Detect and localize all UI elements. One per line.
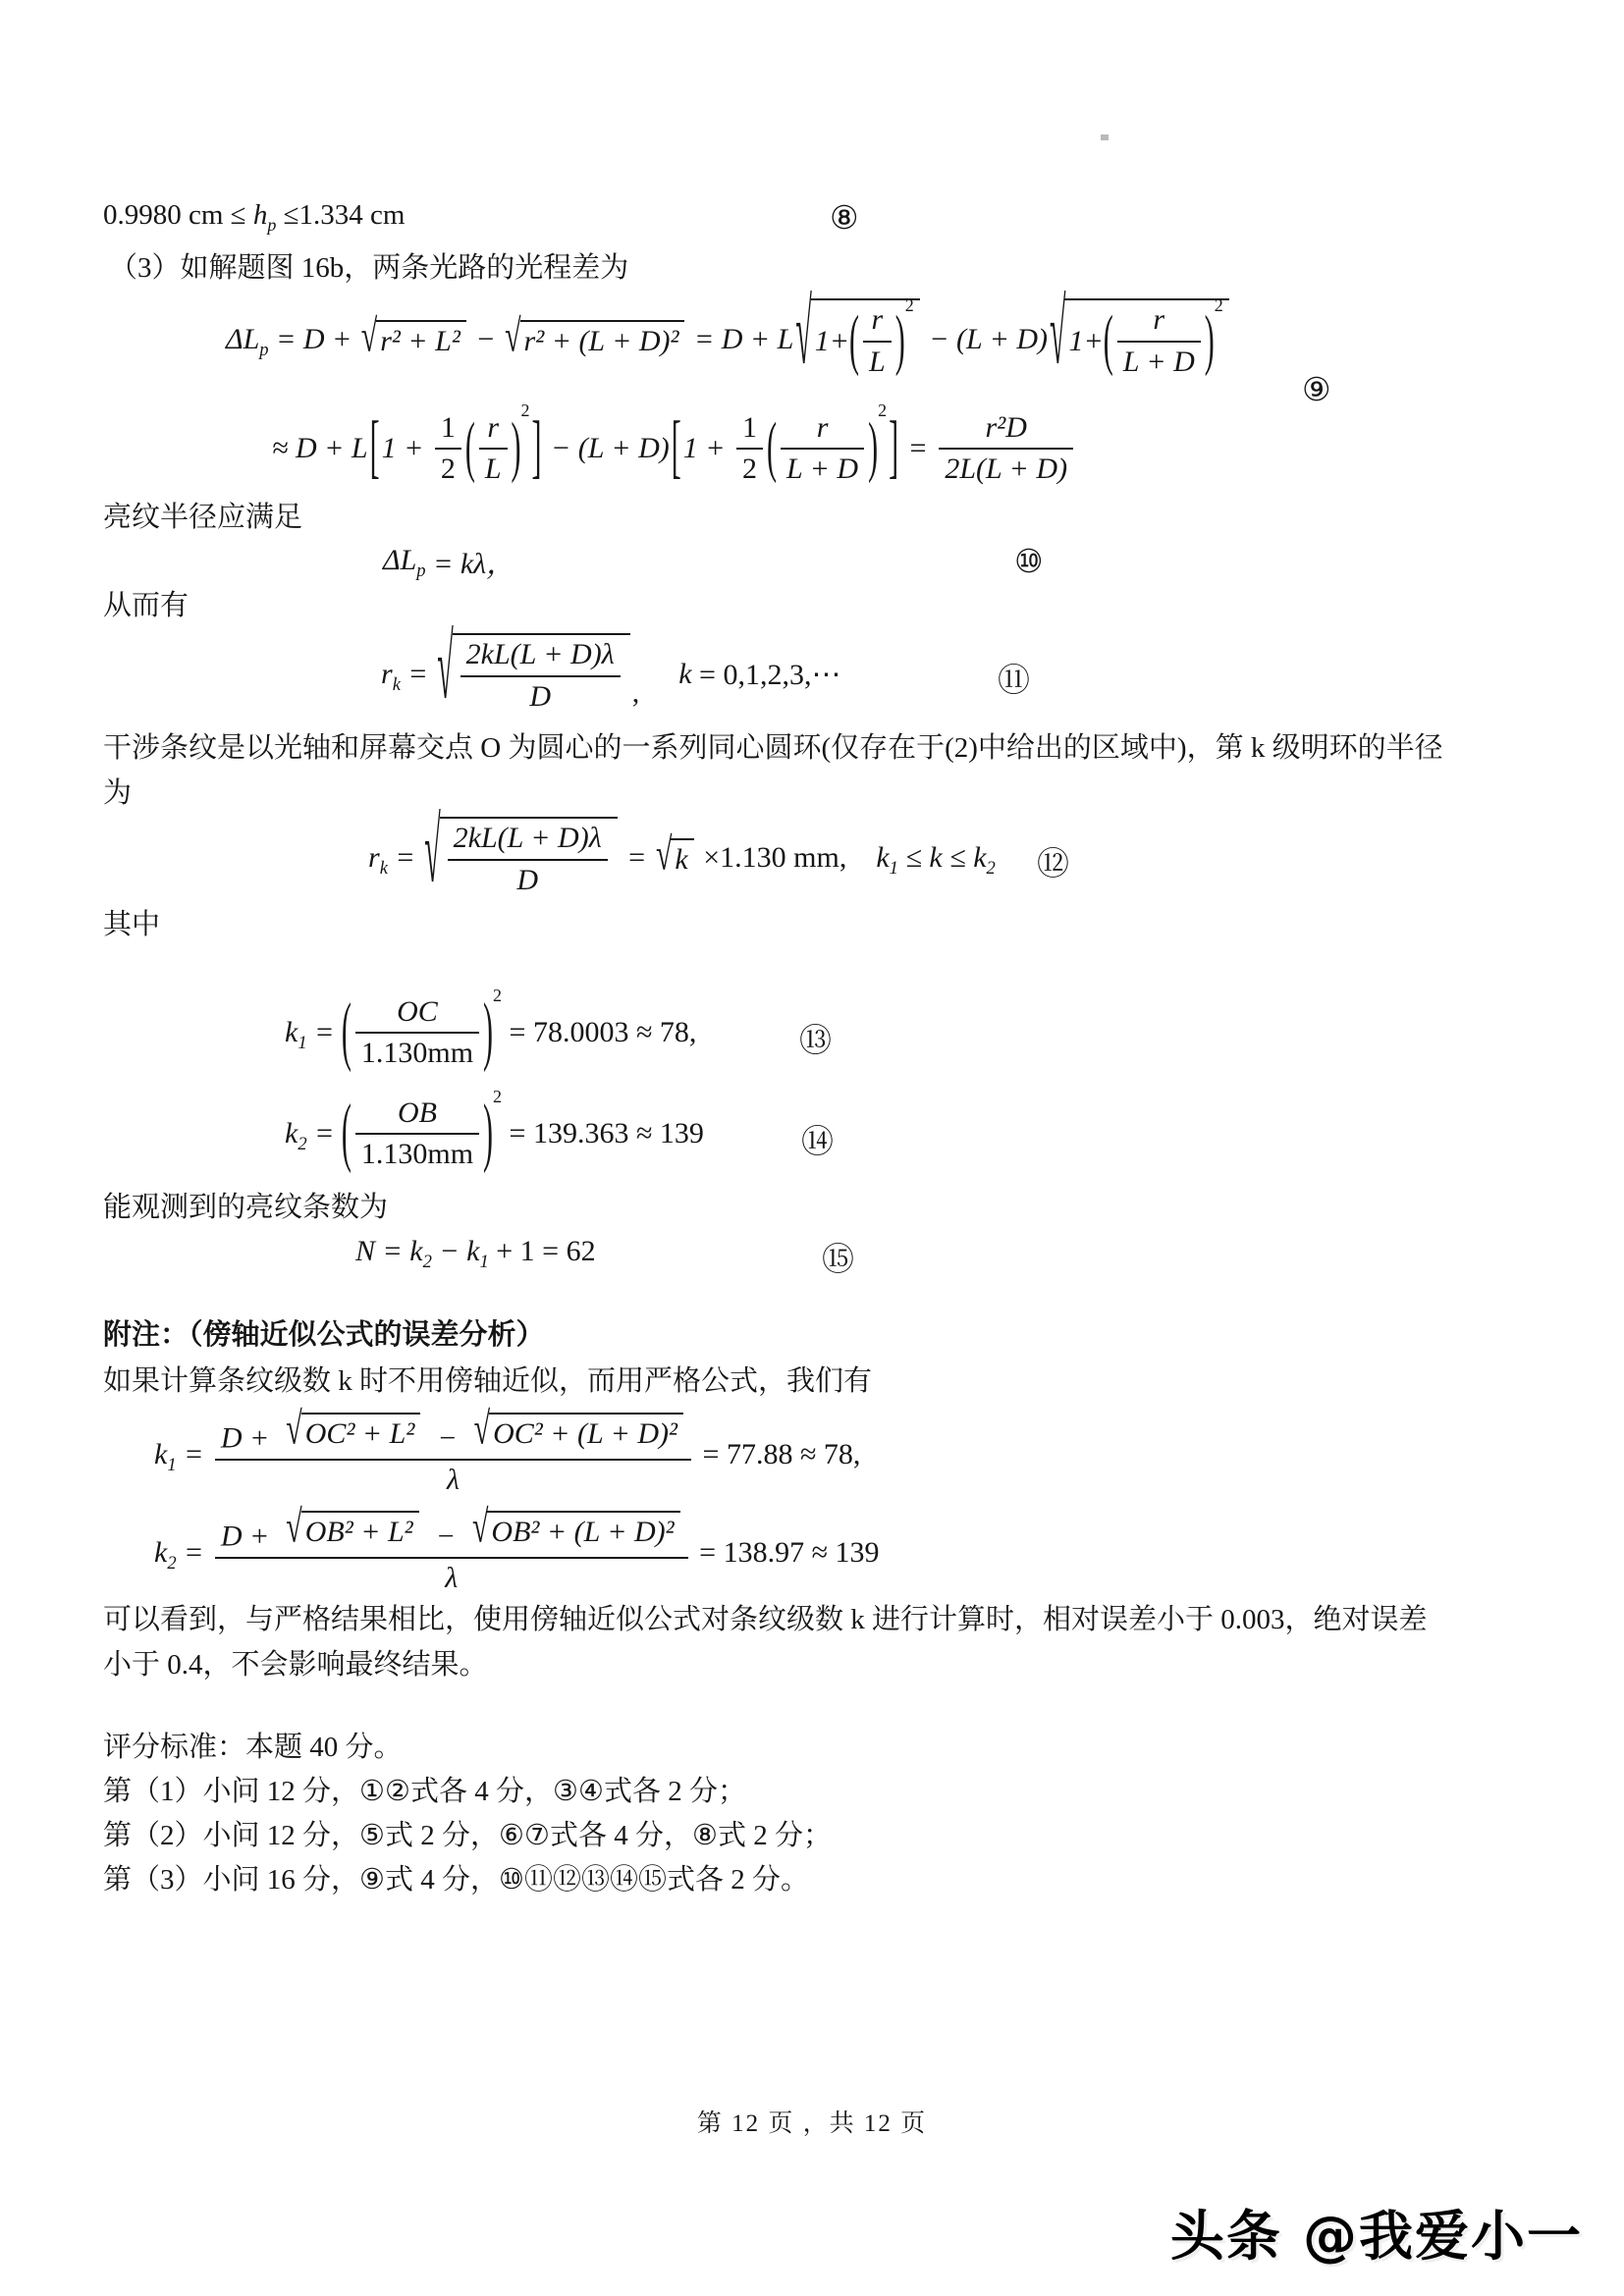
fraction: OB1.130mm: [355, 1096, 479, 1172]
left-paren: (: [767, 415, 777, 483]
radical-sign: √: [424, 808, 440, 899]
fraction: rL: [863, 303, 892, 379]
note-paragraph-2: 可以看到，与严格结果相比，使用傍轴近似公式对条纹级数 k 进行计算时，相对误差小…: [103, 1597, 1532, 1687]
fraction: rL + D: [1117, 303, 1201, 379]
paragraph-bright-condition: 亮纹半径应满足: [103, 495, 302, 540]
sqrt-expression: √r² + (L + D)²: [505, 320, 684, 360]
equation-12: rk = √ 2kL(L + D)λD = √k ×1.130 mm, k1 ≤…: [368, 809, 996, 907]
sqrt-expression: √ 2kL(L + D)λD: [437, 633, 630, 716]
math-token: =: [620, 841, 654, 875]
fraction: r²D2L(L + D): [939, 411, 1073, 487]
math-token: = 0,1,2,3,⋯: [692, 658, 841, 692]
note-title: 附注：（傍轴近似公式的误差分析）: [103, 1312, 545, 1358]
math-token: = 77.88 ≈ 78,: [695, 1438, 860, 1471]
math-token: −: [468, 323, 503, 356]
math-token: =: [307, 1016, 342, 1049]
math-token: =: [307, 1117, 342, 1150]
equation-15-number: ⑮: [822, 1234, 854, 1280]
score-line-1: 第（1）小问 12 分，①②式各 4 分，③④式各 2 分；: [103, 1769, 746, 1814]
note-paragraph-1: 如果计算条纹级数 k 时不用傍轴近似，而用严格公式，我们有: [103, 1359, 872, 1404]
right-bracket: ]: [532, 413, 542, 484]
math-token: rk: [368, 841, 388, 875]
ink-speck: [1101, 134, 1109, 140]
left-bracket: [: [672, 413, 681, 484]
right-paren: ): [1205, 307, 1215, 375]
equation-12-number: ⑫: [1037, 838, 1069, 884]
equation-8-number: ⑧: [830, 198, 859, 237]
radical-sign: √: [474, 1408, 490, 1454]
math-token: ×1.130 mm,: [696, 841, 847, 875]
fraction: 2kL(L + D)λD: [448, 822, 608, 897]
math-token: k2: [154, 1536, 177, 1570]
equation-11-number: ⑪: [998, 655, 1030, 701]
math-token: ≈ D + L: [272, 432, 368, 465]
sqrt-expression: √ 2kL(L + D)λD: [424, 817, 618, 899]
math-token: 0.9980 cm ≤: [103, 199, 253, 232]
math-token: − (L + D): [922, 323, 1048, 356]
math-token: rk: [381, 658, 401, 691]
radical-sign: √: [505, 314, 520, 360]
math-token: N = k2 − k1: [355, 1235, 489, 1268]
sqrt-expression: √ 1+ ( rL ) 2: [795, 298, 919, 381]
watermark: 头条 @我爱小一: [1170, 2193, 1583, 2270]
paragraph-part3-intro: （3）如解题图 16b，两条光路的光程差为: [109, 245, 628, 291]
page-footer: 第 12 页 ，共 12 页: [0, 2104, 1624, 2139]
paragraph-rings: 干涉条纹是以光轴和屏幕交点 O 为圆心的一系列同心圆环(仅存在于(2)中给出的区…: [103, 725, 1532, 816]
math-token: = 139.363 ≈ 139: [502, 1117, 704, 1150]
radical-sign: √: [1050, 290, 1065, 381]
equation-14-number: ⑭: [801, 1116, 834, 1162]
math-token: =: [177, 1536, 211, 1570]
equation-k2-strict: k2 = D + √OB² + L² − √OB² + (L + D)² λ =…: [154, 1499, 880, 1607]
sqrt-expression: √k: [656, 838, 694, 879]
radical-sign: √: [437, 624, 453, 716]
math-token: = D +: [269, 323, 359, 356]
fraction: rL: [479, 411, 508, 487]
radical-sign: √: [472, 1506, 488, 1552]
math-token: ΔLp: [226, 323, 269, 356]
right-bracket: ]: [889, 413, 898, 484]
score-line-3: 第（3）小问 16 分，⑨式 4 分，⑩⑪⑫⑬⑭⑮式各 2 分。: [103, 1857, 809, 1902]
fraction: 2kL(L + D)λD: [460, 638, 621, 714]
math-token: = D + L: [686, 323, 793, 356]
math-token: − (L + D): [544, 432, 670, 465]
left-paren: (: [342, 994, 352, 1071]
fraction: 12: [736, 411, 763, 487]
left-paren: (: [849, 307, 859, 375]
math-token: ≤1.334 cm: [276, 199, 405, 232]
paragraph-thus: 从而有: [103, 583, 189, 628]
math-token: + 1 = 62: [489, 1235, 596, 1268]
equation-9-line-2: ≈ D + L [ 1 + 12 ( rL ) 2 ] − (L + D) [ …: [272, 397, 1077, 501]
right-paren: ): [512, 415, 521, 483]
math-token: =: [388, 841, 422, 875]
sqrt-expression: √r² + L²: [361, 320, 466, 360]
left-paren: (: [465, 415, 475, 483]
equation-14: k2 = ( OB1.130mm ) 2 = 139.363 ≈ 139: [285, 1083, 704, 1185]
score-title: 评分标准：本题 40 分。: [103, 1725, 403, 1770]
right-paren: ): [483, 1095, 493, 1172]
paragraph-where: 其中: [103, 902, 160, 947]
math-token: = kλ，: [426, 539, 516, 582]
math-token: =: [177, 1438, 211, 1471]
sqrt-expression: √OC² + (L + D)²: [474, 1413, 683, 1454]
fraction: D + √OB² + L² − √OB² + (L + D)² λ: [215, 1511, 688, 1596]
equation-15: N = k2 − k1 + 1 = 62: [355, 1229, 596, 1274]
fraction: OC1.130mm: [355, 995, 479, 1071]
sqrt-expression: √OB² + (L + D)²: [472, 1511, 680, 1552]
equation-11: rk = √ 2kL(L + D)λD , k = 0,1,2,3,⋯: [381, 627, 840, 721]
math-token: 1 +: [683, 432, 732, 465]
equation-k1-strict: k1 = D + √OC² + L² − √OC² + (L + D)² λ =…: [154, 1401, 860, 1509]
sqrt-expression: √OB² + L²: [286, 1511, 418, 1552]
radical-sign: √: [795, 290, 811, 381]
paragraph-count: 能观测到的亮纹条数为: [103, 1185, 388, 1230]
equation-13-number: ⑬: [799, 1015, 832, 1061]
fraction: D + √OC² + L² − √OC² + (L + D)² λ: [215, 1413, 691, 1498]
math-token: ΔLp: [383, 544, 426, 577]
sqrt-expression: √OC² + L²: [286, 1413, 420, 1454]
math-token: k2: [285, 1117, 307, 1150]
fraction: rL + D: [781, 411, 864, 487]
page-content: 0.9980 cm ≤ hp ≤1.334 cm ⑧ （3）如解题图 16b，两…: [103, 0, 1532, 2296]
right-paren: ): [483, 994, 493, 1071]
math-token: k1: [154, 1438, 177, 1471]
radical-sign: √: [361, 314, 377, 360]
equation-9-number: ⑨: [1302, 370, 1331, 408]
math-token: 1 +: [382, 432, 431, 465]
left-bracket: [: [370, 413, 380, 484]
radical-sign: √: [286, 1506, 301, 1552]
equation-13: k1 = ( OC1.130mm ) 2 = 78.0003 ≈ 78,: [285, 982, 696, 1084]
math-token: =: [401, 658, 435, 691]
sqrt-expression: √ 1+ ( rL + D ) 2: [1050, 298, 1229, 381]
equation-10: ΔLp = kλ，: [383, 538, 515, 583]
left-paren: (: [342, 1095, 352, 1172]
math-token: ,: [632, 676, 640, 710]
equation-10-number: ⑩: [1014, 542, 1044, 580]
fraction: 12: [435, 411, 461, 487]
left-paren: (: [1104, 307, 1113, 375]
right-paren: ): [895, 307, 905, 375]
score-line-2: 第（2）小问 12 分，⑤式 2 分，⑥⑦式各 4 分，⑧式 2 分；: [103, 1813, 832, 1858]
equation-9-line-1: ΔLp = D + √r² + L² − √r² + (L + D)² = D …: [226, 289, 1231, 391]
math-token: hp: [253, 199, 276, 232]
math-token: k1 ≤ k ≤ k2: [876, 841, 995, 875]
math-token: = 78.0003 ≈ 78,: [502, 1016, 696, 1049]
math-token: k: [678, 658, 691, 691]
math-token: = 138.97 ≈ 139: [692, 1536, 880, 1570]
radical-sign: √: [286, 1408, 301, 1454]
right-paren: ): [868, 415, 878, 483]
radical-sign: √: [656, 832, 672, 879]
document-page: 0.9980 cm ≤ hp ≤1.334 cm ⑧ （3）如解题图 16b，两…: [0, 0, 1624, 2296]
math-token: k1: [285, 1016, 307, 1049]
math-token: =: [900, 432, 935, 465]
equation-8: 0.9980 cm ≤ hp ≤1.334 cm: [103, 192, 405, 238]
